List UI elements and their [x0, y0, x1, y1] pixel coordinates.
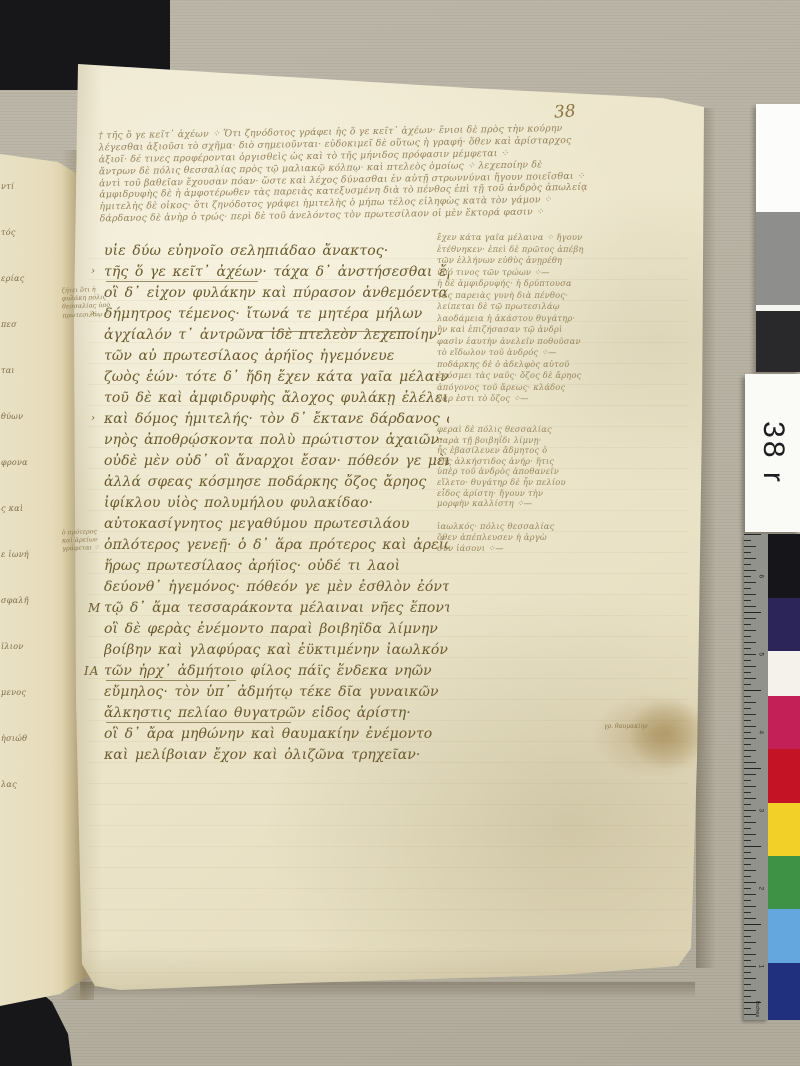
- facing-fragment: φρονα: [1, 458, 33, 504]
- color-patch-navy: [768, 598, 800, 651]
- ruler-ticks-inch: [744, 534, 761, 1020]
- iliad-text-block: υἷε δύω εὐηνοῖο σεληπιάδαο ἄνακτος· τῆς …: [104, 243, 449, 768]
- facing-fragment: ε ἰωνή: [1, 550, 33, 596]
- folio-label-card: 38 r: [745, 374, 800, 532]
- scholion-line: παρὰ τῇ βοιβηΐδι λίμνῃ·: [437, 435, 655, 446]
- scholion-line: ἐκόσμει τὰς ναῦς· ὄζος δὲ ἄρηος: [437, 370, 655, 382]
- scholion-line: τῆς ἀλκήστιδος ἀνήρ· ἥτις: [437, 456, 655, 467]
- scholion-line: εἶδος ἀρίστη· ἤγουν τὴν: [437, 488, 655, 499]
- ruler: 6 5 4 3 2 1 Inches: [744, 534, 768, 1020]
- color-patch-white: [768, 651, 800, 696]
- color-patch-magenta: [768, 696, 800, 749]
- iliad-line: ὁπλότερος γενεῇ· ὁ δ᾽ ἅρα πρότερος καὶ ἀ…: [104, 537, 449, 558]
- scholion-line: ἧς ἐβασίλευεν ἄδμητος ὁ: [437, 445, 655, 456]
- color-patch-red: [768, 749, 800, 803]
- facing-fragment: σφαλῆ: [1, 596, 33, 642]
- ruler-digit: 2: [758, 887, 765, 897]
- facing-fragment: ς καὶ: [1, 504, 33, 550]
- scholion-line: γάρ ἐστι τὸ ὄζος ⁘—: [437, 393, 655, 405]
- facing-fragment: ντί: [1, 182, 33, 228]
- critical-sign: ›: [91, 266, 95, 277]
- strike-stroke: [252, 331, 410, 332]
- underline-stroke: [106, 722, 291, 723]
- color-calibration-patches: [768, 534, 800, 1020]
- ship-count-11: ΙΑ: [84, 664, 99, 678]
- grayscale-calibration-card: [756, 104, 800, 372]
- iliad-line: τῶν αὖ πρωτεσίλαος ἀρήϊος ἡγεμόνευε: [104, 348, 449, 369]
- facing-fragment: τός: [1, 228, 33, 274]
- manuscript-photo: ντί τός ερίας πεσ ται θύων φρονα ς καὶ ε…: [0, 0, 800, 1066]
- color-patch-black: [768, 534, 800, 598]
- scholion-line: λαοδάμεια ἡ ἀκάστου θυγάτηρ·: [437, 313, 655, 325]
- scholion-line: ἣν καὶ ἐπιζήσασαν τῷ ἀνδρὶ: [437, 324, 655, 336]
- iliad-line: καὶ δόμος ἡμιτελής· τὸν δ᾽ ἔκτανε δάρδαν…: [104, 411, 449, 432]
- scholion-line: λείπεται δὲ τῷ πρωτεσιλάῳ: [437, 301, 655, 313]
- scholion-line: ἀπόγονος τοῦ ἄρεως· κλάδος: [437, 382, 655, 394]
- ship-count-40: Μ: [88, 601, 101, 615]
- iliad-line: ἰφίκλου υἱὸς πολυμήλου φυλακίδαο·: [104, 495, 449, 516]
- scholion-line: τῶν ἑλλήνων εὐθὺς ἀνῃρέθη: [437, 255, 655, 267]
- underline-stroke: [106, 680, 236, 681]
- right-scholia-block-2: φεραὶ δὲ πόλις θεσσαλίας παρὰ τῇ βοιβηΐδ…: [437, 424, 655, 509]
- iliad-line: ἥρως πρωτεσίλαος ἀρήϊος· οὐδέ τι λαοὶ: [104, 558, 449, 579]
- scholion-line: σὺν ἰάσονι ⁘—: [437, 543, 655, 554]
- folio-number: 38: [553, 101, 576, 122]
- iliad-line: δήμητρος τέμενος· ἴτωνά τε μητέρα μήλων: [104, 306, 449, 327]
- grayscale-patch-gray: [756, 212, 800, 305]
- ruler-digit: 3: [758, 809, 765, 819]
- grayscale-patch-black: [756, 311, 800, 372]
- facing-fragment: μενος: [1, 688, 33, 734]
- color-patch-yellow: [768, 803, 800, 856]
- ruler-digit: 1: [758, 965, 765, 975]
- iliad-line: εὔμηλος· τὸν ὑπ᾽ ἀδμήτῳ τέκε δῖα γυναικῶ…: [104, 684, 449, 705]
- scholion-line: ὑπό τινος τῶν τρώων ⁘—: [437, 267, 655, 279]
- ruler-digit: 6: [758, 575, 765, 585]
- scholion-line: ποδάρκης δὲ ὁ ἀδελφὸς αὐτοῦ: [437, 359, 655, 371]
- ruler-digit: 5: [758, 653, 765, 663]
- facing-fragment: ται: [1, 366, 33, 412]
- scholion-line: ἔχεν κάτα γαῖα μέλαινα ⁘ ἤγουν: [437, 232, 655, 244]
- facing-fragment: ερίας: [1, 274, 33, 320]
- iliad-line: τῷ δ᾽ ἅμα τεσσαράκοντα μέλαιναι νῆες ἕπο…: [104, 600, 449, 621]
- critical-sign: ›: [91, 413, 95, 424]
- facing-fragment: λας: [1, 780, 33, 826]
- iliad-line: οἳ δ᾽ εἶχον φυλάκην καὶ πύρασον ἀνθεμόεν…: [104, 285, 449, 306]
- color-patch-green: [768, 856, 800, 909]
- top-scholia-block: † τῆς ὅ γε κεῖτ᾽ ἀχέων ⁘ Ὅτι ζηνόδοτος γ…: [98, 122, 651, 226]
- scholion-line: ἰαωλκός· πόλις θεσσαλίας: [437, 521, 655, 532]
- right-scholia-block-3: ἰαωλκός· πόλις θεσσαλίας ὅθεν ἀπέπλευσεν…: [437, 521, 655, 554]
- scholion-line: φεραὶ δὲ πόλις θεσσαλίας: [437, 424, 655, 435]
- iliad-line: βοίβην καὶ γλαφύρας καὶ ἐϋκτιμένην ἰαωλκ…: [104, 642, 449, 663]
- color-patch-light-blue: [768, 909, 800, 963]
- underline-stroke: [106, 281, 258, 282]
- ruler-digit: 4: [758, 731, 765, 741]
- facing-fragment: θύων: [1, 412, 33, 458]
- iliad-line: οἳ δ᾽ ἄρα μηθώνην καὶ θαυμακίην ἐνέμοντο: [104, 726, 449, 747]
- facing-fragment: ϊλιον: [1, 642, 33, 688]
- color-patch-dark-blue: [768, 963, 800, 1020]
- grayscale-patch-white: [756, 104, 800, 212]
- scholion-line: ἡ δὲ ἀμφιδρυφής· ἡ δρύπτουσα: [437, 278, 655, 290]
- scholion-line: εἵλετο· θυγάτηρ δὲ ἦν πελίου: [437, 477, 655, 488]
- scholion-line: τὰς παρειὰς γυνὴ διὰ πένθος·: [437, 290, 655, 302]
- margin-note: ζήτει ὅτι ἡ φυλάκη πόλις θεσσαλίας ὑπὸ π…: [61, 285, 146, 321]
- right-scholia-block-1: ἔχεν κάτα γαῖα μέλαινα ⁘ ἤγουν ἐτέθνηκεν…: [437, 232, 655, 405]
- facing-fragment: πεσ: [1, 320, 33, 366]
- iliad-line: τοῦ δὲ καὶ ἀμφιδρυφὴς ἄλοχος φυλάκῃ ἐλέλ…: [104, 390, 449, 411]
- iliad-line: ζωὸς ἐών· τότε δ᾽ ἤδη ἔχεν κάτα γαῖα μέλ…: [104, 369, 449, 390]
- scholion-line: ὑπὲρ τοῦ ἀνδρὸς ἀποθανεῖν: [437, 466, 655, 477]
- facing-page-text-fragments: ντί τός ερίας πεσ ται θύων φρονα ς καὶ ε…: [1, 182, 33, 826]
- ruler-unit-label: Inches: [754, 1001, 760, 1017]
- iliad-line: οὐδὲ μὲν οὐδ᾽ οἳ ἄναρχοι ἔσαν· πόθεόν γε…: [104, 453, 449, 474]
- folio-label-text: 38 r: [756, 421, 790, 485]
- parchment-stain: [628, 698, 706, 770]
- iliad-line: οἳ δὲ φερὰς ἐνέμοντο παραὶ βοιβηΐδα λίμν…: [104, 621, 449, 642]
- scholion-line: τὸ εἴδωλον τοῦ ἀνδρός ⁘—: [437, 347, 655, 359]
- scholion-line: φασὶν ἑαυτὴν ἀνελεῖν ποθοῦσαν: [437, 336, 655, 348]
- iliad-line: δεύονθ᾽ ἡγεμόνος· πόθεόν γε μὲν ἐσθλὸν ἐ…: [104, 579, 449, 600]
- edge-gloss: γρ. θαυμακίην: [604, 723, 648, 730]
- scholion-line: ἐτέθνηκεν· ἐπεὶ δὲ πρῶτος ἀπέβη: [437, 244, 655, 256]
- iliad-line: υἷε δύω εὐηνοῖο σεληπιάδαο ἄνακτος·: [104, 243, 449, 264]
- margin-note: ὁ πρότερος καὶ ἀρείων γράφεται ⁘: [62, 527, 147, 555]
- iliad-line: καὶ μελίβοιαν ἔχον καὶ ὀλιζῶνα τρηχεῖαν·: [104, 747, 449, 768]
- scholion-line: ὅθεν ἀπέπλευσεν ἡ ἀργὼ: [437, 532, 655, 543]
- iliad-line: ἀλλά σφεας κόσμησε ποδάρκης ὄζος ἄρηος: [104, 474, 449, 495]
- iliad-line: αὐτοκασίγνητος μεγαθύμου πρωτεσιλάου: [104, 516, 449, 537]
- facing-fragment: ἡσιώθ: [1, 734, 33, 780]
- iliad-line: νηὸς ἀποθρῴσκοντα πολὺ πρώτιστον ἀχαιῶν·: [104, 432, 449, 453]
- scholion-line: μορφὴν καλλίστη ⁘—: [437, 498, 655, 509]
